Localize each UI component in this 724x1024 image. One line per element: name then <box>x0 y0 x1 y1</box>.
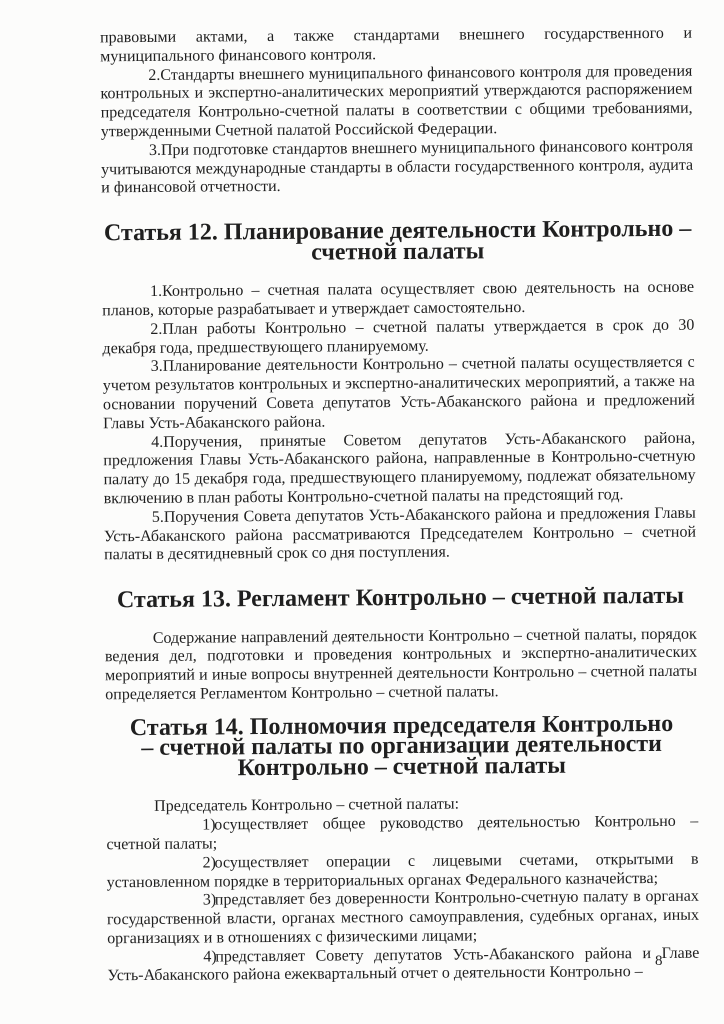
document-page: правовыми актами, а также стандартами вн… <box>0 0 724 1024</box>
page-number: 8 <box>655 953 663 970</box>
paragraph-article12-1: 1.Контрольно – счетная палата осуществля… <box>102 279 694 321</box>
item-1-number: 1) <box>154 817 214 836</box>
paragraph-article12-5: 5.Поручения Совета депутатов Усть-Абакан… <box>104 504 696 565</box>
article-12-heading: Статья 12. Планирование деятельности Кон… <box>102 219 694 265</box>
paragraph-article12-2: 2.План работы Контрольно – счетной палат… <box>102 316 694 358</box>
numbered-item-2: 2)осуществляет операции с лицевыми счета… <box>106 850 698 892</box>
item-2-number: 2) <box>154 854 214 873</box>
paragraph-article13-body: Содержание направлений деятельности Конт… <box>105 625 698 705</box>
item-4-number: 4) <box>155 948 215 967</box>
paragraph-article12-3: 3.Планирование деятельности Контрольно –… <box>103 354 696 434</box>
paragraph-standards-approval: 2.Стандарты внешнего муниципального фина… <box>100 62 693 142</box>
page-content: правовыми актами, а также стандартами вн… <box>100 25 700 987</box>
article-13-heading: Статья 13. Регламент Контрольно – счетно… <box>104 586 696 611</box>
item-3-number: 3) <box>155 892 215 911</box>
paragraph-international-standards: 3.При подготовке стандартов внешнего мун… <box>101 137 693 198</box>
paragraph-continuation: правовыми актами, а также стандартами вн… <box>100 25 692 67</box>
numbered-item-4: 4)представляет Совету депутатов Усть-Аба… <box>107 944 699 986</box>
numbered-item-3: 3)представляет без доверенности Контроль… <box>107 888 699 949</box>
article-14-heading: Статья 14. Полномочия председателя Контр… <box>121 714 681 780</box>
paragraph-article12-4: 4.Поручения, принятые Советом депутатов … <box>103 429 696 509</box>
numbered-item-1: 1)осуществляет общее руководство деятель… <box>106 813 698 855</box>
